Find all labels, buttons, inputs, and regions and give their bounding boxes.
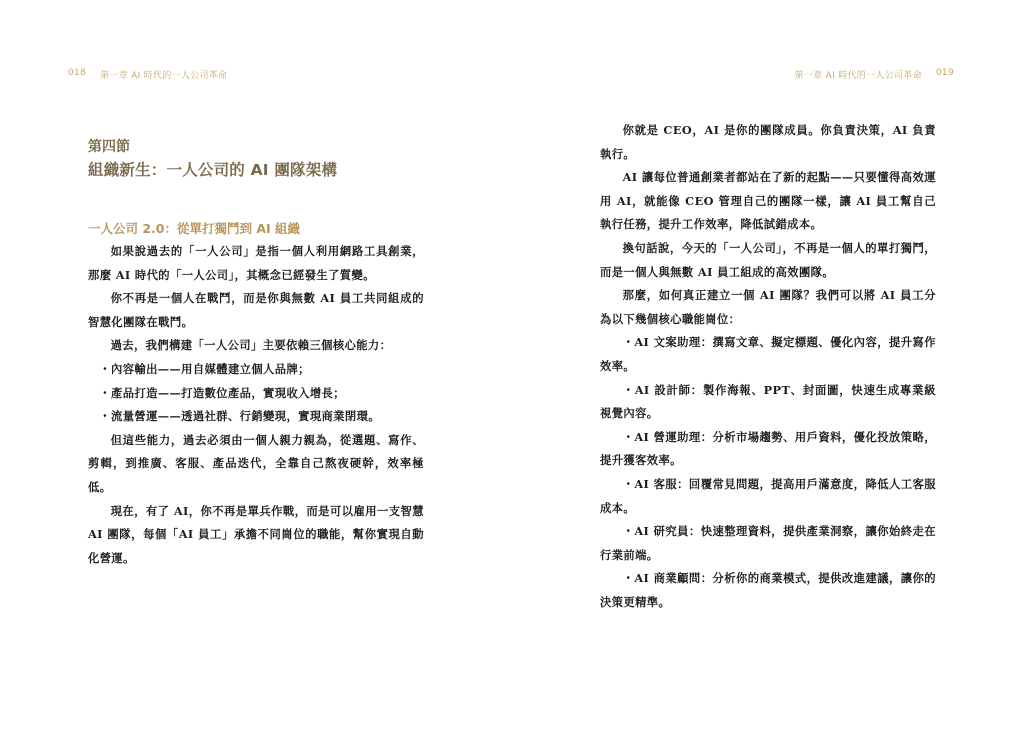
subheading: 一人公司 2.0：從單打獨鬥到 AI 組織 — [88, 219, 300, 237]
bullet-item: ・產品打造——打造數位產品，實現收入增長； — [88, 382, 424, 406]
running-head-left: 018 第一章 AI 時代的一人公司革命 — [68, 68, 227, 81]
bullet-item: ・流量營運——透過社群、行銷變現，實現商業閉環。 — [88, 405, 424, 429]
chapter-title: 第一章 AI 時代的一人公司革命 — [795, 68, 922, 81]
paragraph: 如果說過去的「一人公司」是指一個人利用網路工具創業，那麼 AI 時代的「一人公司… — [88, 240, 424, 287]
left-body-text: 如果說過去的「一人公司」是指一個人利用網路工具創業，那麼 AI 時代的「一人公司… — [88, 240, 424, 570]
page-number: 019 — [936, 68, 954, 81]
paragraph: 現在，有了 AI，你不再是單兵作戰，而是可以雇用一支智慧 AI 團隊，每個「AI… — [88, 500, 424, 571]
paragraph: 你不再是一個人在戰鬥，而是你與無數 AI 員工共同組成的智慧化團隊在戰鬥。 — [88, 287, 424, 334]
paragraph: 但這些能力，過去必須由一個人親力親為，從選題、寫作、剪輯，到推廣、客服、產品迭代… — [88, 429, 424, 500]
bullet-item: ・內容輸出——用自媒體建立個人品牌； — [88, 358, 424, 382]
left-page: 018 第一章 AI 時代的一人公司革命 第四節 組織新生：一人公司的 AI 團… — [0, 0, 512, 741]
page-number: 018 — [68, 68, 86, 81]
paragraph: 過去，我們構建「一人公司」主要依賴三個核心能力： — [88, 334, 424, 358]
running-head-right: 第一章 AI 時代的一人公司革命 019 — [795, 68, 954, 81]
section-number: 第四節 — [88, 136, 130, 156]
section-title: 組織新生：一人公司的 AI 團隊架構 — [88, 158, 337, 180]
chapter-title: 第一章 AI 時代的一人公司革命 — [100, 68, 227, 81]
right-page: 第一章 AI 時代的一人公司革命 019 — [512, 0, 1024, 741]
